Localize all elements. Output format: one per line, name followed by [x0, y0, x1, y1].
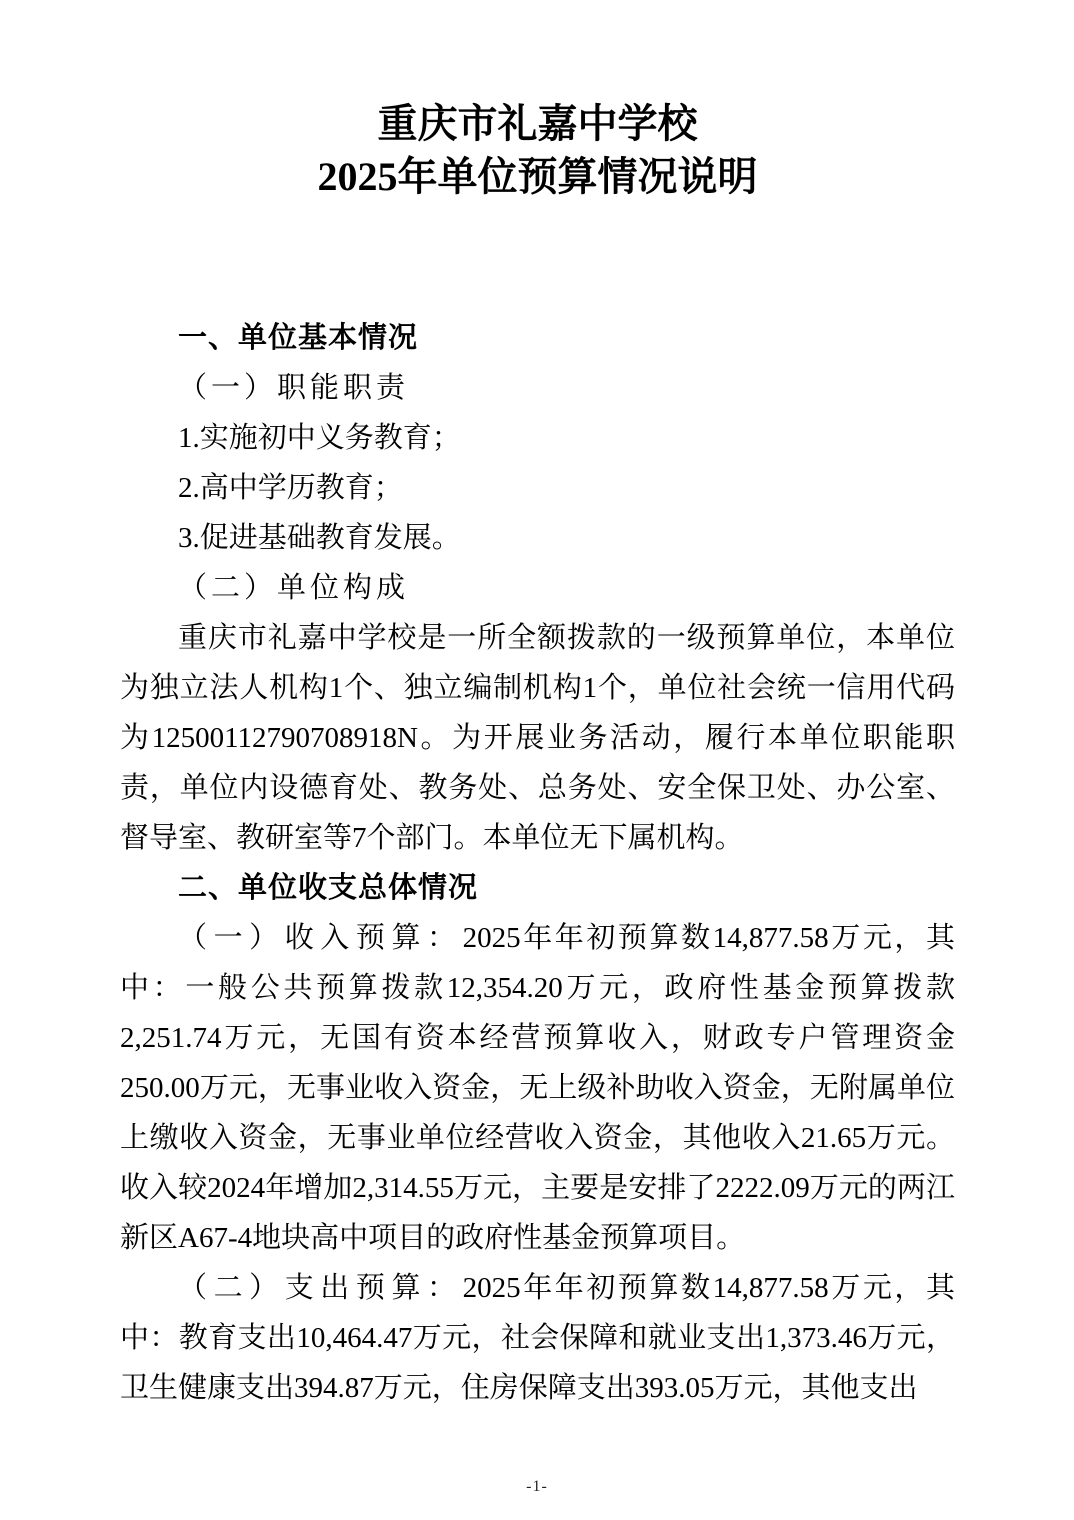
page-number: -1-	[0, 1478, 1074, 1496]
doc-title-line-1: 重庆市礼嘉中学校	[120, 97, 955, 150]
budget-document-page: 重庆市礼嘉中学校 2025年单位预算情况说明 一、单位基本情况 （一）职能职责 …	[0, 0, 1074, 1520]
doc-title: 重庆市礼嘉中学校 2025年单位预算情况说明	[120, 97, 955, 203]
paragraph-income-text: 2025年年初预算数14,877.58万元，其中：一般公共预算拨款12,354.…	[120, 922, 955, 1254]
list-item-duty-1: 1.实施初中义务教育；	[120, 413, 955, 463]
paragraph-income-lead: （一）收入预算：	[178, 922, 463, 954]
subsection-heading-composition: （二）单位构成	[120, 563, 955, 613]
section-heading-basic-info: 一、单位基本情况	[120, 313, 955, 363]
paragraph-income-budget: （一）收入预算：2025年年初预算数14,877.58万元，其中：一般公共预算拨…	[120, 913, 955, 1263]
doc-title-line-2: 2025年单位预算情况说明	[120, 150, 955, 203]
paragraph-expenditure-budget: （二）支出预算：2025年年初预算数14,877.58万元，其中：教育支出10,…	[120, 1263, 955, 1413]
list-item-duty-2: 2.高中学历教育；	[120, 463, 955, 513]
paragraph-unit-composition: 重庆市礼嘉中学校是一所全额拨款的一级预算单位，本单位为独立法人机构1个、独立编制…	[120, 613, 955, 863]
doc-body: 一、单位基本情况 （一）职能职责 1.实施初中义务教育； 2.高中学历教育； 3…	[120, 313, 955, 1413]
subsection-heading-duties: （一）职能职责	[120, 363, 955, 413]
list-item-duty-3: 3.促进基础教育发展。	[120, 513, 955, 563]
section-heading-revenue-expenditure: 二、单位收支总体情况	[120, 863, 955, 913]
paragraph-expenditure-lead: （二）支出预算：	[178, 1272, 463, 1304]
